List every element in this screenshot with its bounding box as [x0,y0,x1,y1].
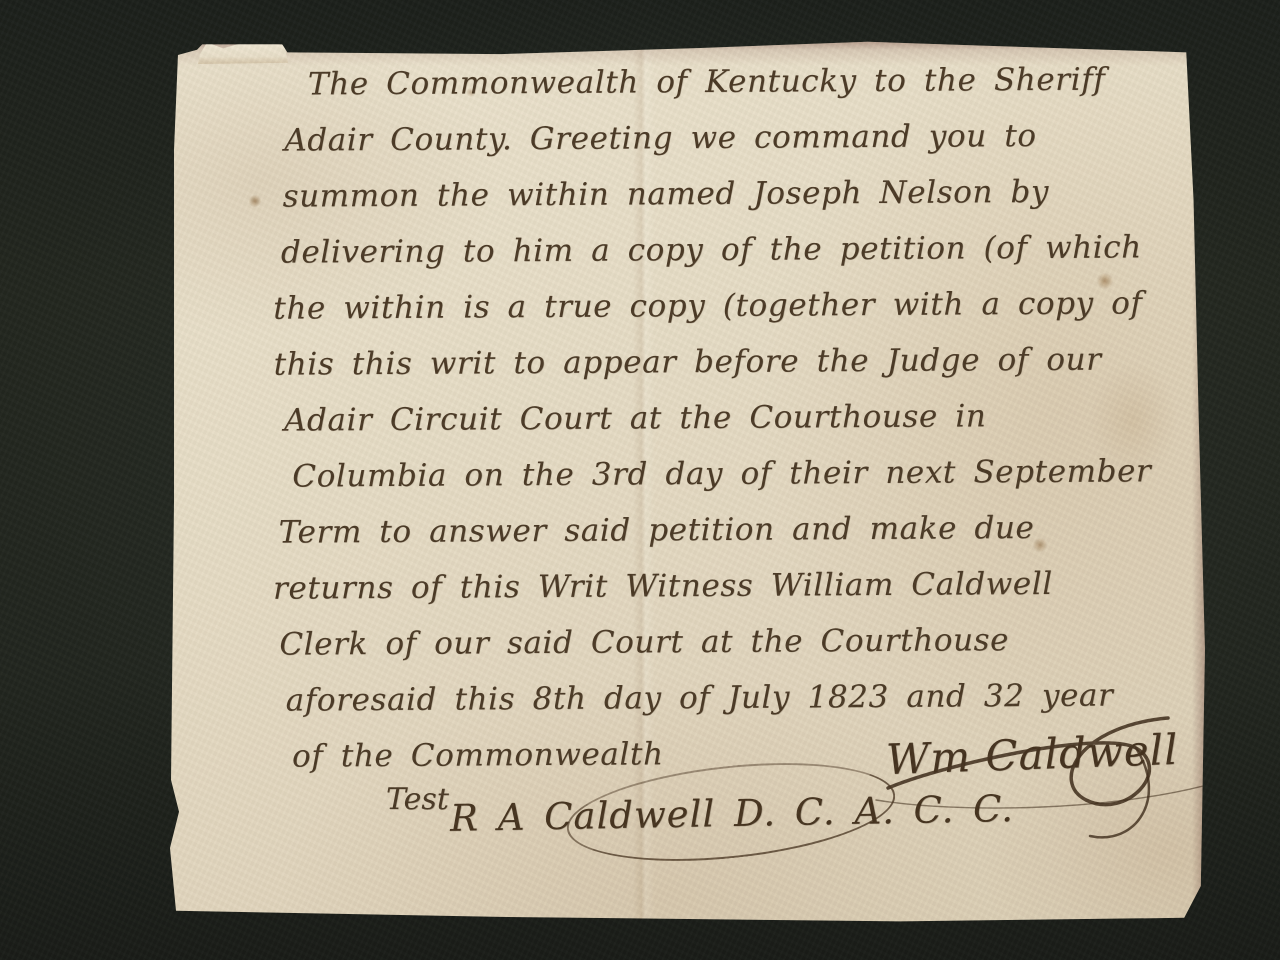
document-line: Clerk of our said Court at the Courthous… [279,611,1152,672]
document-line: Columbia on the 3rd day of their next Se… [292,443,1151,504]
document-line: this this writ to appear before the Judg… [273,331,1150,392]
test-label: Test [386,782,449,817]
document-line: Term to answer said petition and make du… [279,499,1152,560]
stain-spot [248,195,262,207]
document-line: The Commonwealth of Kentucky to the Sher… [308,51,1149,112]
paper-sheet: The Commonwealth of Kentucky to the Sher… [168,40,1206,924]
document-line: delivering to him a copy of the petition… [281,219,1150,280]
document-line: summon the within named Joseph Nelson by [282,163,1149,224]
document-text: The Commonwealth of Kentucky to the Sher… [278,51,1154,784]
photo-background: The Commonwealth of Kentucky to the Sher… [0,0,1280,960]
document-line: Adair Circuit Court at the Courthouse in [284,387,1151,448]
primary-signature: Wm Caldwell [885,725,1179,784]
primary-signature-area: Wm Caldwell [868,688,1208,858]
document-line: the within is a true copy (together with… [273,275,1150,336]
document-line: Adair County. Greeting we command you to [284,107,1149,168]
torn-corner-flap [198,40,288,64]
document-line: returns of this Writ Witness William Cal… [273,555,1152,616]
